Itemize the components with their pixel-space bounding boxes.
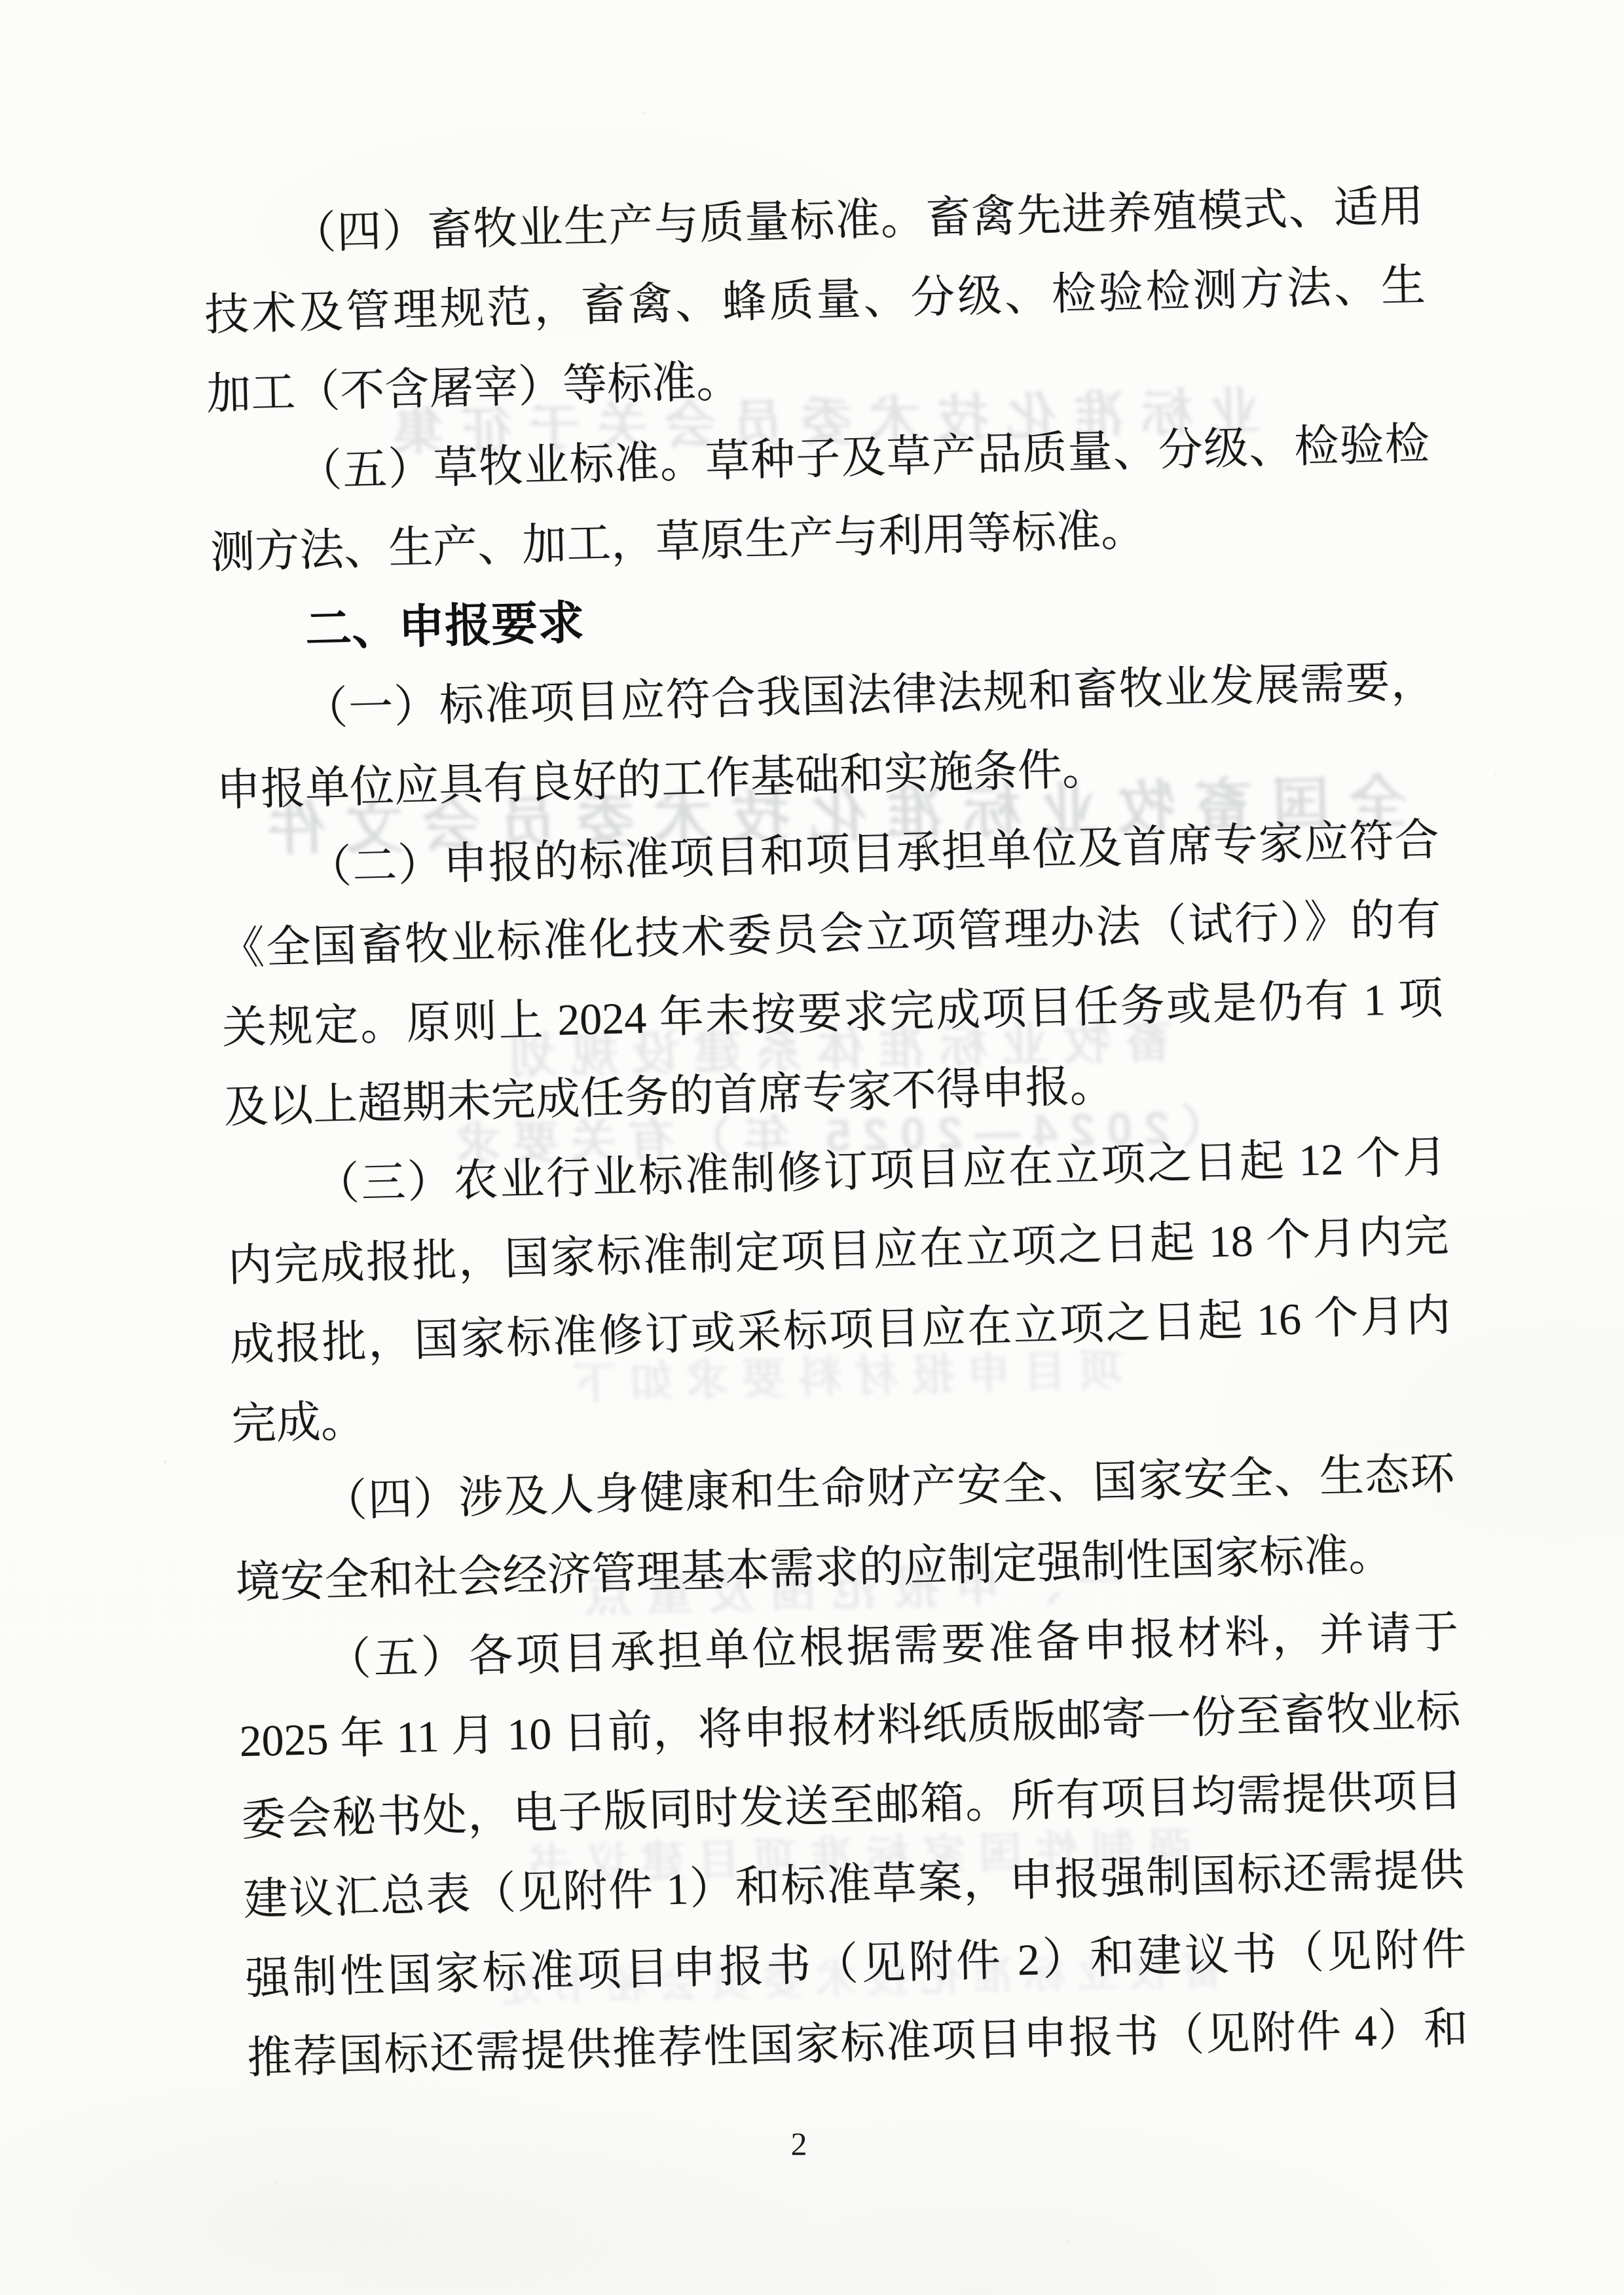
text-block: 业标准化技术委员会关于征集 全国畜牧业标准化技术委员会文件 畜牧业标准体系建设规…: [202, 166, 1469, 2098]
scan-noise: [0, 0, 3, 3]
page-number: 2: [753, 2125, 845, 2163]
document-page: 业标准化技术委员会关于征集 全国畜牧业标准化技术委员会文件 畜牧业标准体系建设规…: [0, 0, 1624, 2295]
